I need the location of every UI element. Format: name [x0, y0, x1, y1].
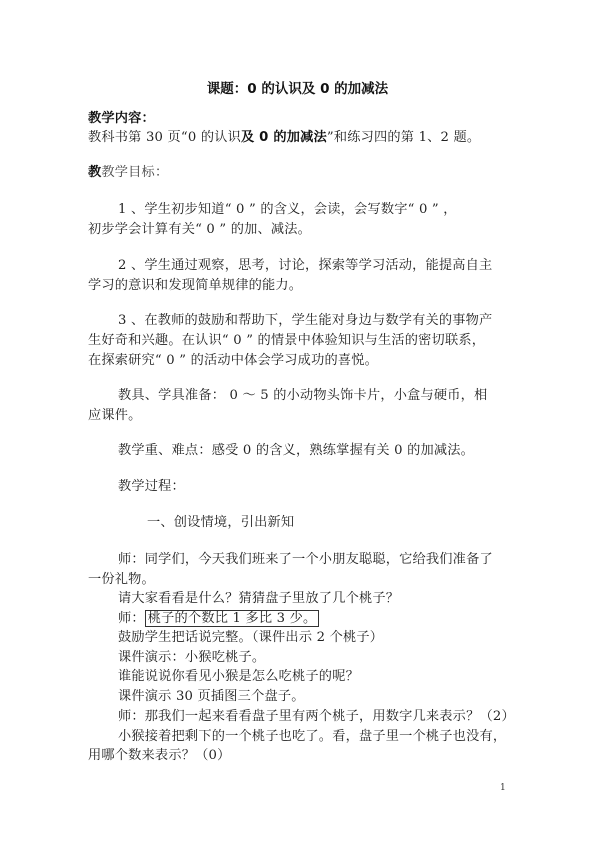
- goal-3-line-2: 生好奇和兴趣。在认识“ 0 ” 的情景中体验知识与生活的密切联系，: [88, 333, 485, 349]
- content-suffix: ”和练习四的第 1、2 题。: [327, 130, 480, 145]
- goals-heading: 教教学目标：: [88, 165, 168, 181]
- dialogue-line-2: 一份礼物。: [88, 572, 155, 588]
- goal-1-line-1: 1 、学生初步知道“ 0 ” 的含义，会读，会写数字“ 0 ” ，: [118, 202, 457, 218]
- dialogue2-line-4: 课件演示 30 页插图三个盘子。: [118, 689, 305, 705]
- materials-line-2: 应课件。: [88, 408, 142, 424]
- goals-heading-bold: 教: [88, 165, 101, 180]
- dialogue2-line-1: 鼓励学生把话说完整。（课件出示 2 个桃子）: [118, 630, 383, 646]
- dialogue2-line-5: 师：那我们一起来看看盘子里有两个桃子，用数字几来表示？（2）: [118, 709, 515, 725]
- goal-3-line-3: 在探索研究“ 0 ” 的活动中体会学习成功的喜悦。: [88, 353, 378, 369]
- teacher-prefix: 师：: [118, 611, 145, 626]
- section-one-heading: 一、创设情境，引出新知: [147, 515, 294, 531]
- dialogue-line-1: 师：同学们，今天我们班来了一个小朋友聪聪，它给我们准备了: [118, 552, 493, 568]
- boxed-answer: 桃子的个数比 1 多比 3 少。: [145, 610, 320, 627]
- content-prefix: 教科书第 30 页“0 的认识: [88, 130, 241, 145]
- lesson-title: 课题：0 的认识及 0 的加减法: [0, 77, 595, 97]
- key-points: 教学重、难点：感受 0 的含义，熟练掌握有关 0 的加减法。: [118, 443, 474, 459]
- page-number: 1: [500, 783, 506, 793]
- goals-heading-text: 教学目标：: [101, 165, 168, 180]
- goal-3-line-1: 3 、在教师的鼓励和帮助下，学生能对身边与数学有关的事物产: [118, 313, 492, 329]
- content-bold: 及 0 的加减法: [241, 130, 327, 145]
- dialogue2-line-3: 谁能说说你看见小猴是怎么吃桃子的呢？: [118, 669, 359, 685]
- dialogue-line-3: 请大家看看是什么？猜猜盘子里放了几个桃子？: [118, 591, 399, 607]
- dialogue2-line-6: 小猴接着把剩下的一个桃子也吃了。看，盘子里一个桃子也没有，: [118, 729, 506, 745]
- dialogue2-line-7: 用哪个数来表示？（0）: [88, 748, 230, 764]
- content-heading: 教学内容：: [88, 111, 155, 127]
- process-heading: 教学过程：: [118, 479, 185, 495]
- dialogue2-line-2: 课件演示：小猴吃桃子。: [118, 650, 265, 666]
- goal-2-line-2: 学习的意识和发现简单规律的能力。: [88, 278, 302, 294]
- goal-1-line-2: 初步学会计算有关“ 0 ” 的加、减法。: [88, 222, 311, 238]
- content-line: 教科书第 30 页“0 的认识及 0 的加减法”和练习四的第 1、2 题。: [88, 130, 480, 146]
- teacher-boxed-line: 师：桃子的个数比 1 多比 3 少。: [118, 611, 319, 627]
- materials-line-1: 教具、学具准备： 0 ～ 5 的小动物头饰卡片，小盒与硬币，相: [118, 388, 487, 404]
- goal-2-line-1: 2 、学生通过观察，思考，讨论，探索等学习活动，能提高自主: [118, 258, 492, 274]
